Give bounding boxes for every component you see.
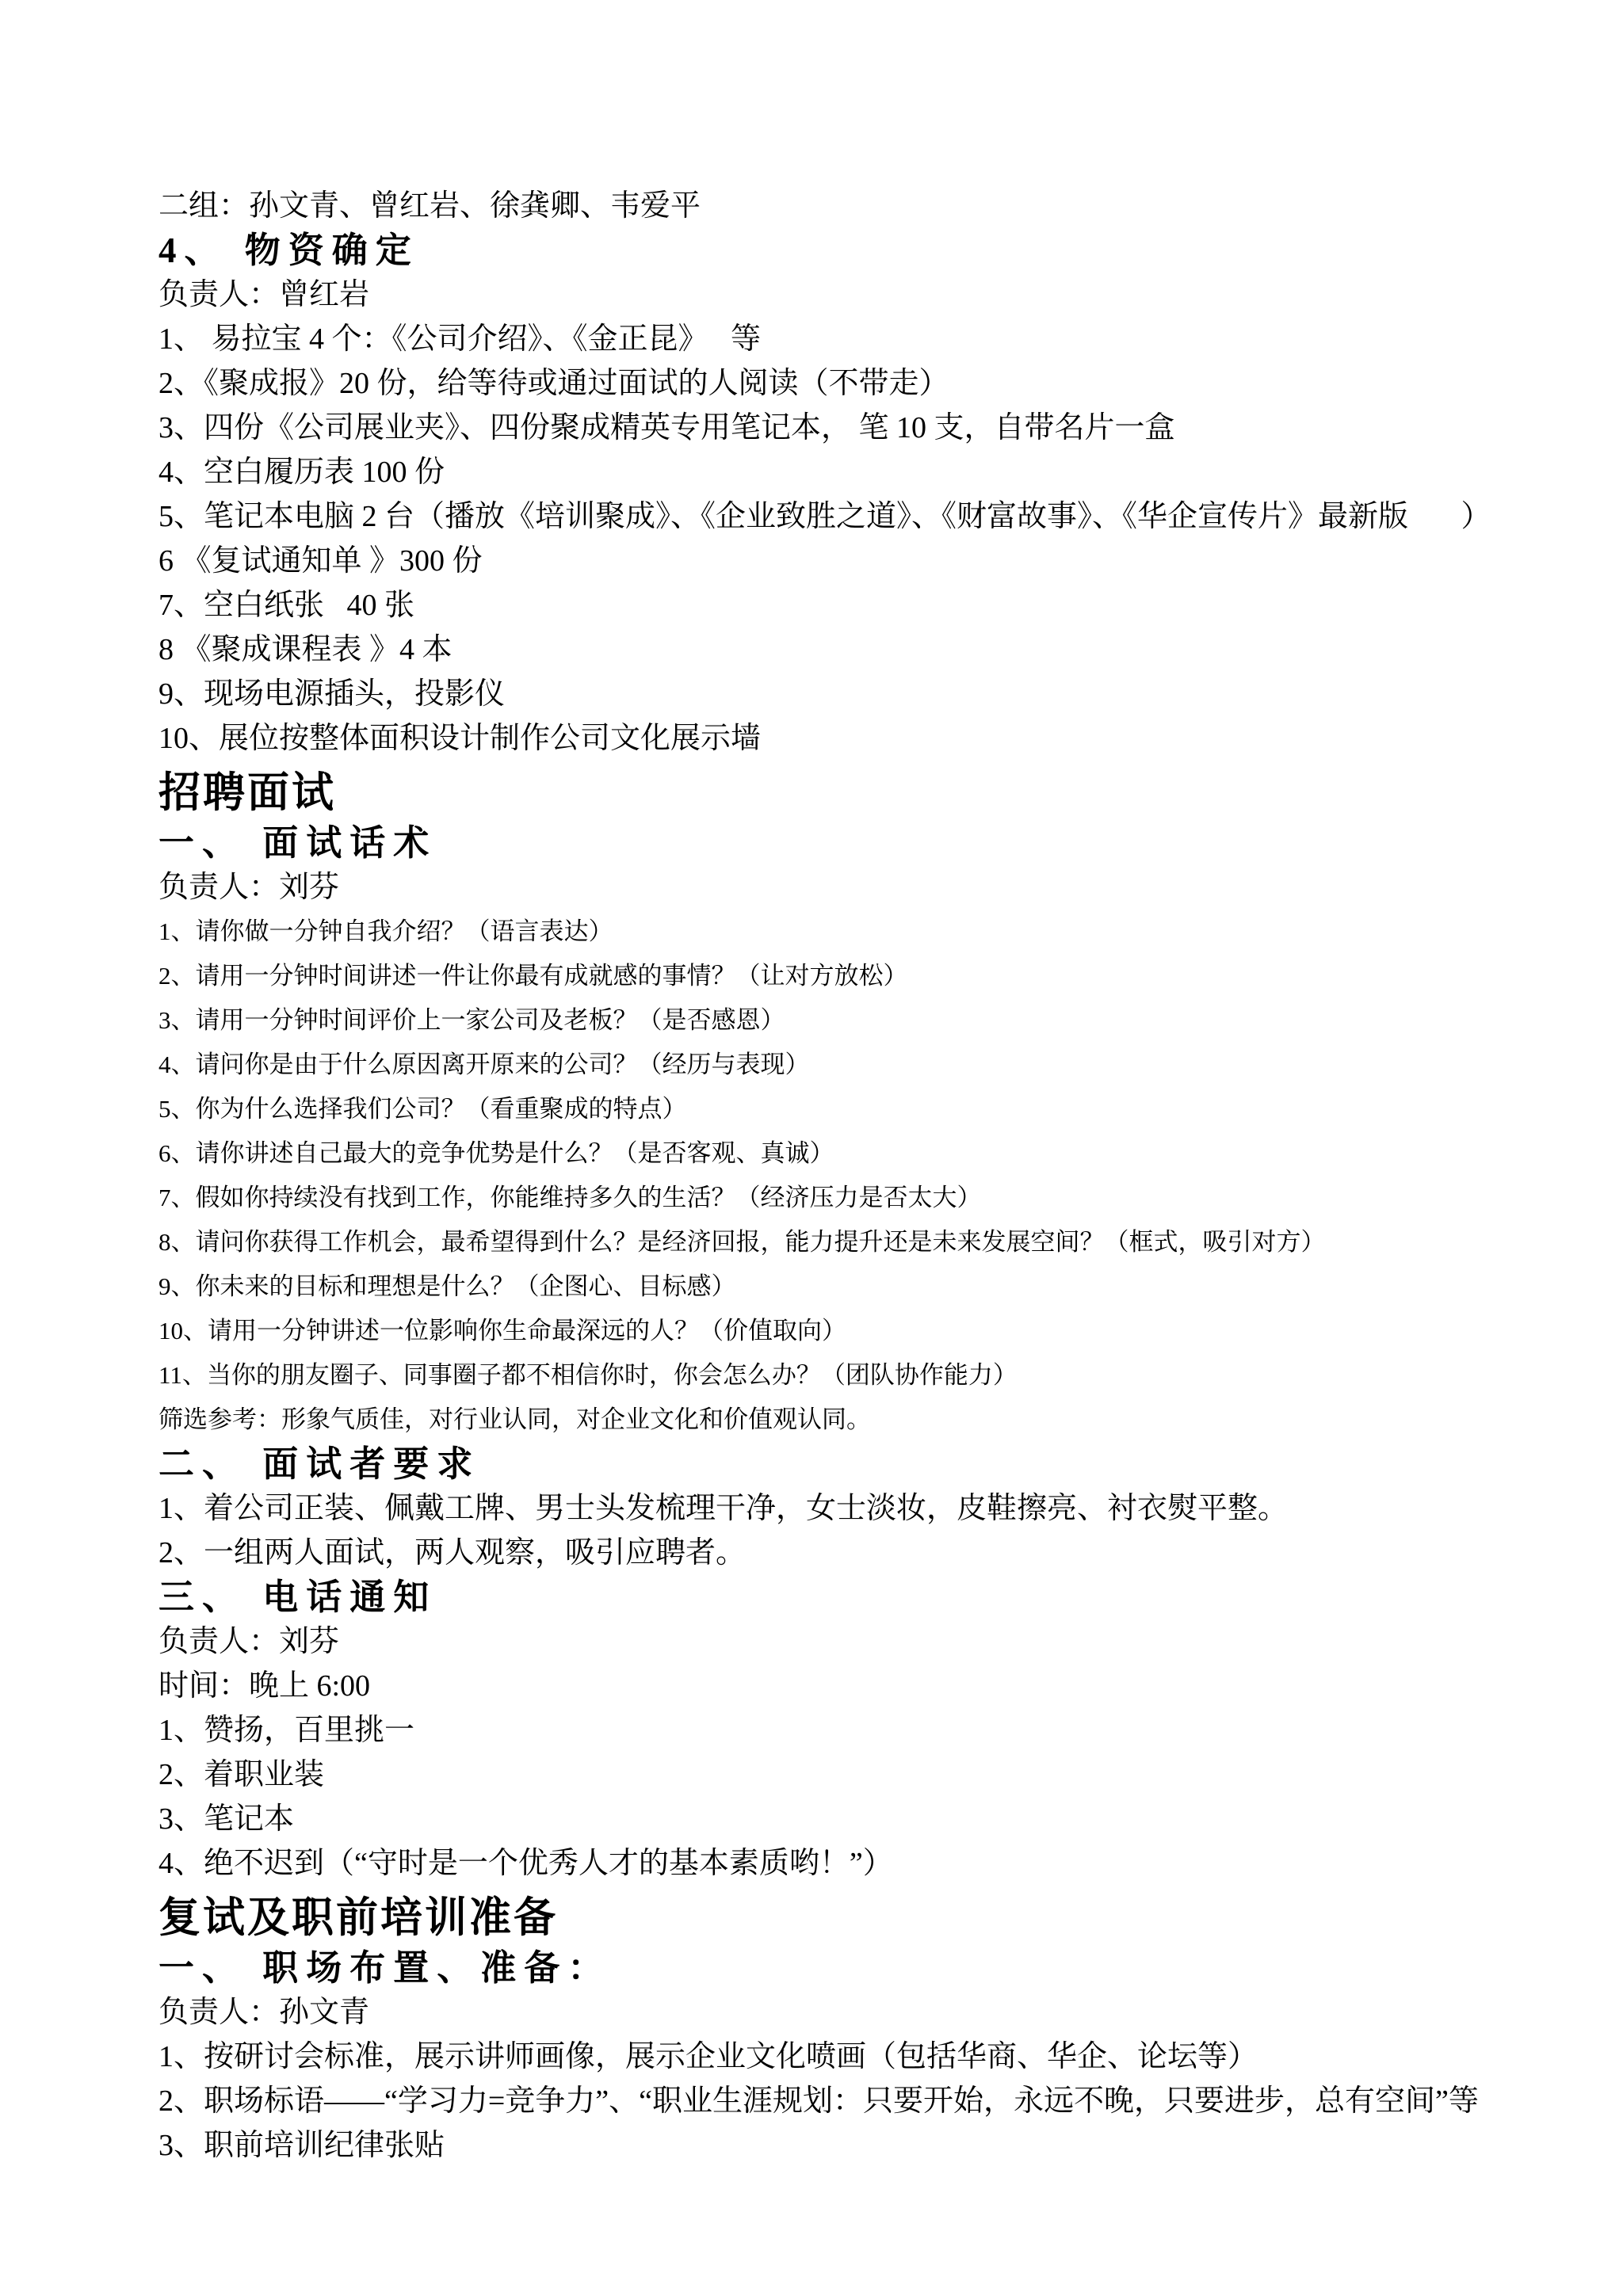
interview-question: 11、当你的朋友圈子、同事圈子都不相信你时，你会怎么办？（团队协作能力）: [158, 1353, 1480, 1398]
interview-question: 4、请问你是由于什么原因离开原来的公司？（经历与表现）: [158, 1043, 1480, 1087]
phone-notice-item: 3、笔记本: [158, 1797, 1480, 1841]
workplace-setup-item: 1、按研讨会标准，展示讲师画像，展示企业文化喷画（包括华商、华企、论坛等）: [158, 2035, 1480, 2079]
interview-question: 7、假如你持续没有找到工作，你能维持多久的生活？（经济压力是否太大）: [158, 1176, 1480, 1220]
phone-notice-item: 4、绝不迟到（“守时是一个优秀人才的基本素质哟！”）: [158, 1841, 1480, 1886]
materials-item: 7、空白纸张 40 张: [158, 583, 1480, 627]
interview-question: 2、请用一分钟时间讲述一件让你最有成就感的事情？（让对方放松）: [158, 954, 1480, 998]
phone-notice-owner: 负责人：刘芬: [158, 1619, 1480, 1664]
workplace-setup-owner: 负责人：孙文青: [158, 1990, 1480, 2035]
interview-question: 10、请用一分钟讲述一位影响你生命最深远的人？（价值取向）: [158, 1309, 1480, 1353]
interviewer-requirement-item: 1、着公司正装、佩戴工牌、男士头发梳理干净，女士淡妆，皮鞋擦亮、衬衣熨平整。: [158, 1486, 1480, 1531]
workplace-setup-heading: 一、 职场布置、准备：: [158, 1946, 1480, 1990]
workplace-setup-item: 3、职前培训纪律张贴: [158, 2123, 1480, 2168]
materials-item: 5、笔记本电脑 2 台（播放《培训聚成》、《企业致胜之道》、《财富故事》、《华企…: [158, 494, 1480, 539]
document-page: 二组：孙文青、曾红岩、徐龚卿、韦爱平 4、 物资确定 负责人：曾红岩 1、 易拉…: [0, 0, 1623, 2296]
interview-question: 1、请你做一分钟自我介绍？（语言表达）: [158, 910, 1480, 954]
section-title-recruit-interview: 招聘面试: [158, 765, 1480, 821]
phone-notice-item: 1、赞扬，百里挑一: [158, 1708, 1480, 1753]
section-title-retest-training: 复试及职前培训准备: [158, 1890, 1480, 1946]
interview-question: 6、请你讲述自己最大的竞争优势是什么？（是否客观、真诚）: [158, 1131, 1480, 1176]
interviewer-requirements-heading: 二、 面试者要求: [158, 1442, 1480, 1486]
materials-item: 3、四份《公司展业夹》、四份聚成精英专用笔记本， 笔 10 支，自带名片一盒: [158, 406, 1480, 450]
screening-note: 筛选参考：形象气质佳，对行业认同，对企业文化和价值观认同。: [158, 1398, 1480, 1442]
interview-script-owner: 负责人：刘芬: [158, 865, 1480, 910]
phone-notice-item: 2、着职业装: [158, 1753, 1480, 1797]
materials-item: 10、展位按整体面积设计制作公司文化展示墙: [158, 716, 1480, 761]
phone-notice-time: 时间：晚上 6:00: [158, 1664, 1480, 1708]
group-members-line: 二组：孙文青、曾红岩、徐龚卿、韦爱平: [158, 184, 1480, 228]
interview-question: 5、你为什么选择我们公司？（看重聚成的特点）: [158, 1087, 1480, 1131]
phone-notice-heading: 三、 电话通知: [158, 1575, 1480, 1619]
materials-item: 9、现场电源插头，投影仪: [158, 672, 1480, 716]
materials-item: 1、 易拉宝 4 个：《公司介绍》、《金正昆》 等: [158, 317, 1480, 361]
materials-heading: 4、 物资确定: [158, 228, 1480, 273]
interviewer-requirement-item: 2、一组两人面试，两人观察，吸引应聘者。: [158, 1531, 1480, 1575]
materials-item: 8 《聚成课程表 》4 本: [158, 627, 1480, 672]
interview-question: 9、你未来的目标和理想是什么？（企图心、目标感）: [158, 1264, 1480, 1309]
materials-item: 6 《复试通知单 》300 份: [158, 539, 1480, 583]
interview-script-heading: 一、 面试话术: [158, 821, 1480, 865]
interview-question: 8、请问你获得工作机会，最希望得到什么？是经济回报，能力提升还是未来发展空间？（…: [158, 1220, 1480, 1264]
materials-item: 2、《聚成报》20 份，给等待或通过面试的人阅读（不带走）: [158, 361, 1480, 406]
materials-item: 4、空白履历表 100 份: [158, 450, 1480, 494]
workplace-setup-item: 2、职场标语——“学习力=竞争力”、“职业生涯规划：只要开始，永远不晚，只要进步…: [158, 2079, 1480, 2123]
interview-question: 3、请用一分钟时间评价上一家公司及老板？（是否感恩）: [158, 998, 1480, 1043]
materials-owner: 负责人：曾红岩: [158, 273, 1480, 317]
